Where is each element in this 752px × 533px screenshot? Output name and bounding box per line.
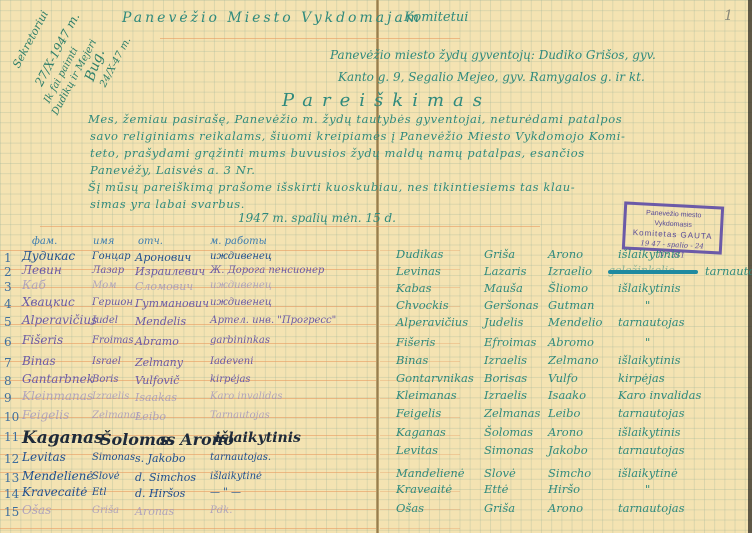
cell-name: Šolomas [484,425,533,439]
cell-name: Simonas [484,443,534,457]
cell-name: Judel [92,315,118,326]
cell-surname: Ošas [396,501,424,515]
cell-work: garbininkas [210,335,270,346]
row-number: 3 [4,280,12,294]
cell-name: Geršonas [484,298,538,312]
cell-name: Israel [92,356,121,367]
row-number: 7 [4,356,12,370]
row-number: 10 [4,410,19,424]
cell-work: tarnautojas [705,264,752,278]
cell-surname: Ošas [22,503,51,517]
cell-surname: Mendelienė [22,469,94,483]
cell-surname: Gontarvnikas [396,371,474,385]
cell-patronymic: Isaakas [135,391,177,404]
ruled-line [0,361,376,362]
column-header: имя [93,236,114,247]
cell-work: Артел. инв. "Прогресс" [210,315,336,326]
row-number: 12 [4,452,19,466]
row-number: 2 [4,265,12,279]
letter-body-line: teto, prašydami grąžinti mums buvusios ž… [90,146,585,160]
cell-work: иждивенец [210,251,272,262]
cell-patronymic: Сломович [135,280,193,293]
cell-work: Iadeveni [210,356,253,367]
cell-work: išlaikytinis [618,247,681,261]
cell-surname: Levinas [396,264,441,278]
cell-patronymic: Mendelis [135,315,186,328]
date-line: 1947 m. spalių mėn. 15 d. [238,211,396,225]
cell-name: Borisas [484,371,527,385]
row-number: 5 [4,315,12,329]
letter-body-line: Panevėžy, Laisvės a. 3 Nr. [90,163,256,177]
cell-patronymic: Zelmano [548,353,599,367]
addressee-line-end: Komitetui [404,10,468,25]
column-header: фам. [32,236,57,247]
strikethrough [608,270,698,274]
cell-patronymic: Izraelio [548,264,592,278]
row-number: 13 [4,471,19,485]
letter-body-line: Šį mūsų pareiškimą prašome išskirti kuos… [88,180,575,194]
cell-surname: Fišeris [22,333,63,347]
row-number: 6 [4,335,12,349]
cell-name: Griša [484,501,515,515]
cell-name: Zelmanas [484,406,540,420]
cell-patronymic: Leibo [548,406,580,420]
cell-surname: Kabas [396,281,432,295]
cell-work: " [645,482,650,496]
cell-name: Гершон [92,297,133,308]
cell-patronymic: Leibo [135,410,166,423]
cell-work: išlaikytinė [210,471,262,482]
cell-surname: Levitas [396,443,438,457]
cell-surname: Kleinmanas [22,389,93,403]
cell-work: išlaikytinis [618,281,681,295]
cell-work: Karo invalidas [210,391,283,402]
row-number: 8 [4,374,12,388]
cell-patronymic: Isaako [548,388,586,402]
cell-patronymic: Mendelio [548,315,602,329]
cell-name: Mauša [484,281,523,295]
sender-line-1: Panevėžio miesto žydų gyventojų: Dudiko … [330,48,656,62]
cell-surname: Binas [396,353,428,367]
cell-name: Мом [92,280,117,291]
cell-work: Tarnautojas [210,410,270,421]
cell-patronymic: Abromo [548,335,594,349]
ruled-line [380,528,460,529]
cell-patronymic: Šliomo [548,281,588,295]
cell-patronymic: Гутманович [135,297,209,310]
cell-work: išlaikytinis [618,425,681,439]
cell-name: Гонцар [92,251,131,262]
cell-work: " [645,335,650,349]
cell-surname: Каб [22,278,46,292]
cell-name: Efroimas [484,335,536,349]
ruled-line [0,509,376,510]
cell-patronymic: Израилевич [135,265,205,278]
cell-surname: Mandelienė [396,466,465,480]
row-number: 9 [4,391,12,405]
cell-patronymic: Vulfo [548,371,578,385]
column-header: м. работы [210,236,267,247]
cell-name: Izraelis [484,388,527,402]
cell-name: Griša [484,247,515,261]
cell-patronymic: Simcho [548,466,591,480]
cell-surname: Levitas [22,450,66,464]
cell-patronymic: Аронович [135,251,191,264]
cell-name: Izraelis [92,391,129,402]
cell-surname: Kleimanas [396,388,457,402]
cell-surname: Gantarbnek [22,372,94,386]
cell-surname: Дудикас [22,249,75,263]
cell-patronymic: Hiršo [548,482,580,496]
cell-surname: Binas [22,354,56,368]
cell-work: išlaikytinis [618,353,681,367]
letter-body-line: Mes, žemiau pasirašę, Panevėžio m. žydų … [88,112,622,126]
cell-name: Slovė [484,466,516,480]
column-header: отч. [138,236,163,247]
cell-patronymic: d. Simchos [135,471,196,484]
cell-name: Simonas [92,452,135,463]
cell-work: Pdk. [210,505,232,516]
cell-surname: Feigelis [22,408,69,422]
cell-work: — " — [210,487,241,498]
cell-patronymic: s. Jakobo [135,452,186,465]
page-number: 1 [724,8,733,24]
underline [160,38,460,39]
cell-name: Лазар [92,265,124,276]
cell-patronymic: Jakobo [548,443,588,457]
cell-name: Griša [92,505,119,516]
cell-work: Ж. Дорога пенсионер [210,265,324,276]
cell-surname: Хвацкис [22,295,75,309]
cell-surname: Alperavičius [396,315,468,329]
cell-name: Izraelis [484,353,527,367]
cell-work: иждивенец [210,280,272,291]
cell-surname: Fišeris [396,335,435,349]
cell-work: kirpėjas [618,371,665,385]
cell-work: kirpėjas [210,374,251,385]
letter-body-line: simas yra labai svarbus. [90,197,245,211]
letter-body-line: savo religiniams reikalams, šiuomi kreip… [90,129,626,143]
cell-surname: Kaganas [396,425,446,439]
cell-work: иждивенец [210,297,272,308]
document-title: Pareiškimas [282,90,491,111]
cell-surname: Kravecaitė [22,485,87,499]
date-underline [40,226,540,227]
row-number: 4 [4,297,12,311]
cell-patronymic: Gutman [548,298,594,312]
cell-work: tarnautojas [618,443,685,457]
cell-name: Ettė [484,482,508,496]
cell-surname: Feigelis [396,406,441,420]
row-number: 15 [4,505,19,519]
cell-name: Boris [92,374,118,385]
cell-name: Etl [92,487,107,498]
cell-name: Slovė [92,471,120,482]
cell-surname: Chvockis [396,298,449,312]
cell-patronymic: Aronas [135,505,174,518]
cell-work: išlaikytinė [618,466,678,480]
cell-surname: Alperavičius [22,313,97,327]
cell-patronymic: Zelmany [135,356,183,369]
row-number: 11 [4,430,19,444]
cell-surname: Dudikas [396,247,443,261]
cell-work: tarnautojas [618,315,685,329]
cell-name: Lazaris [484,264,527,278]
cell-work: tarnautojas [618,501,685,515]
cell-patronymic: d. Hiršos [135,487,185,500]
row-number: 1 [4,251,12,265]
cell-name: Judelis [484,315,523,329]
cell-name: Froimas [92,335,134,346]
cell-surname: Левин [22,263,62,277]
cell-patronymic: Abramo [135,335,179,348]
cell-work: " [645,298,650,312]
cell-name: Zelmanas [92,410,141,421]
cell-work: išlaikytinis [215,430,301,446]
sender-line-2: Kanto g. 9, Segalio Mejeo, gyv. Ramygalo… [338,70,645,84]
cell-patronymic: Arono [548,247,583,261]
cell-patronymic: Arono [548,501,583,515]
row-number: 14 [4,487,19,501]
cell-work: tarnautojas [618,406,685,420]
cell-patronymic: Arono [548,425,583,439]
cell-work: Karo invalidas [618,388,701,402]
ruled-line [0,528,376,529]
cell-work: tarnautojas. [210,452,271,463]
cell-surname: Kaganas [22,428,104,448]
addressee-line: Panevėžio Miesto Vykdomajam [122,10,422,26]
cell-patronymic: Vulfovič [135,374,179,387]
cell-surname: Kraveaitė [396,482,452,496]
